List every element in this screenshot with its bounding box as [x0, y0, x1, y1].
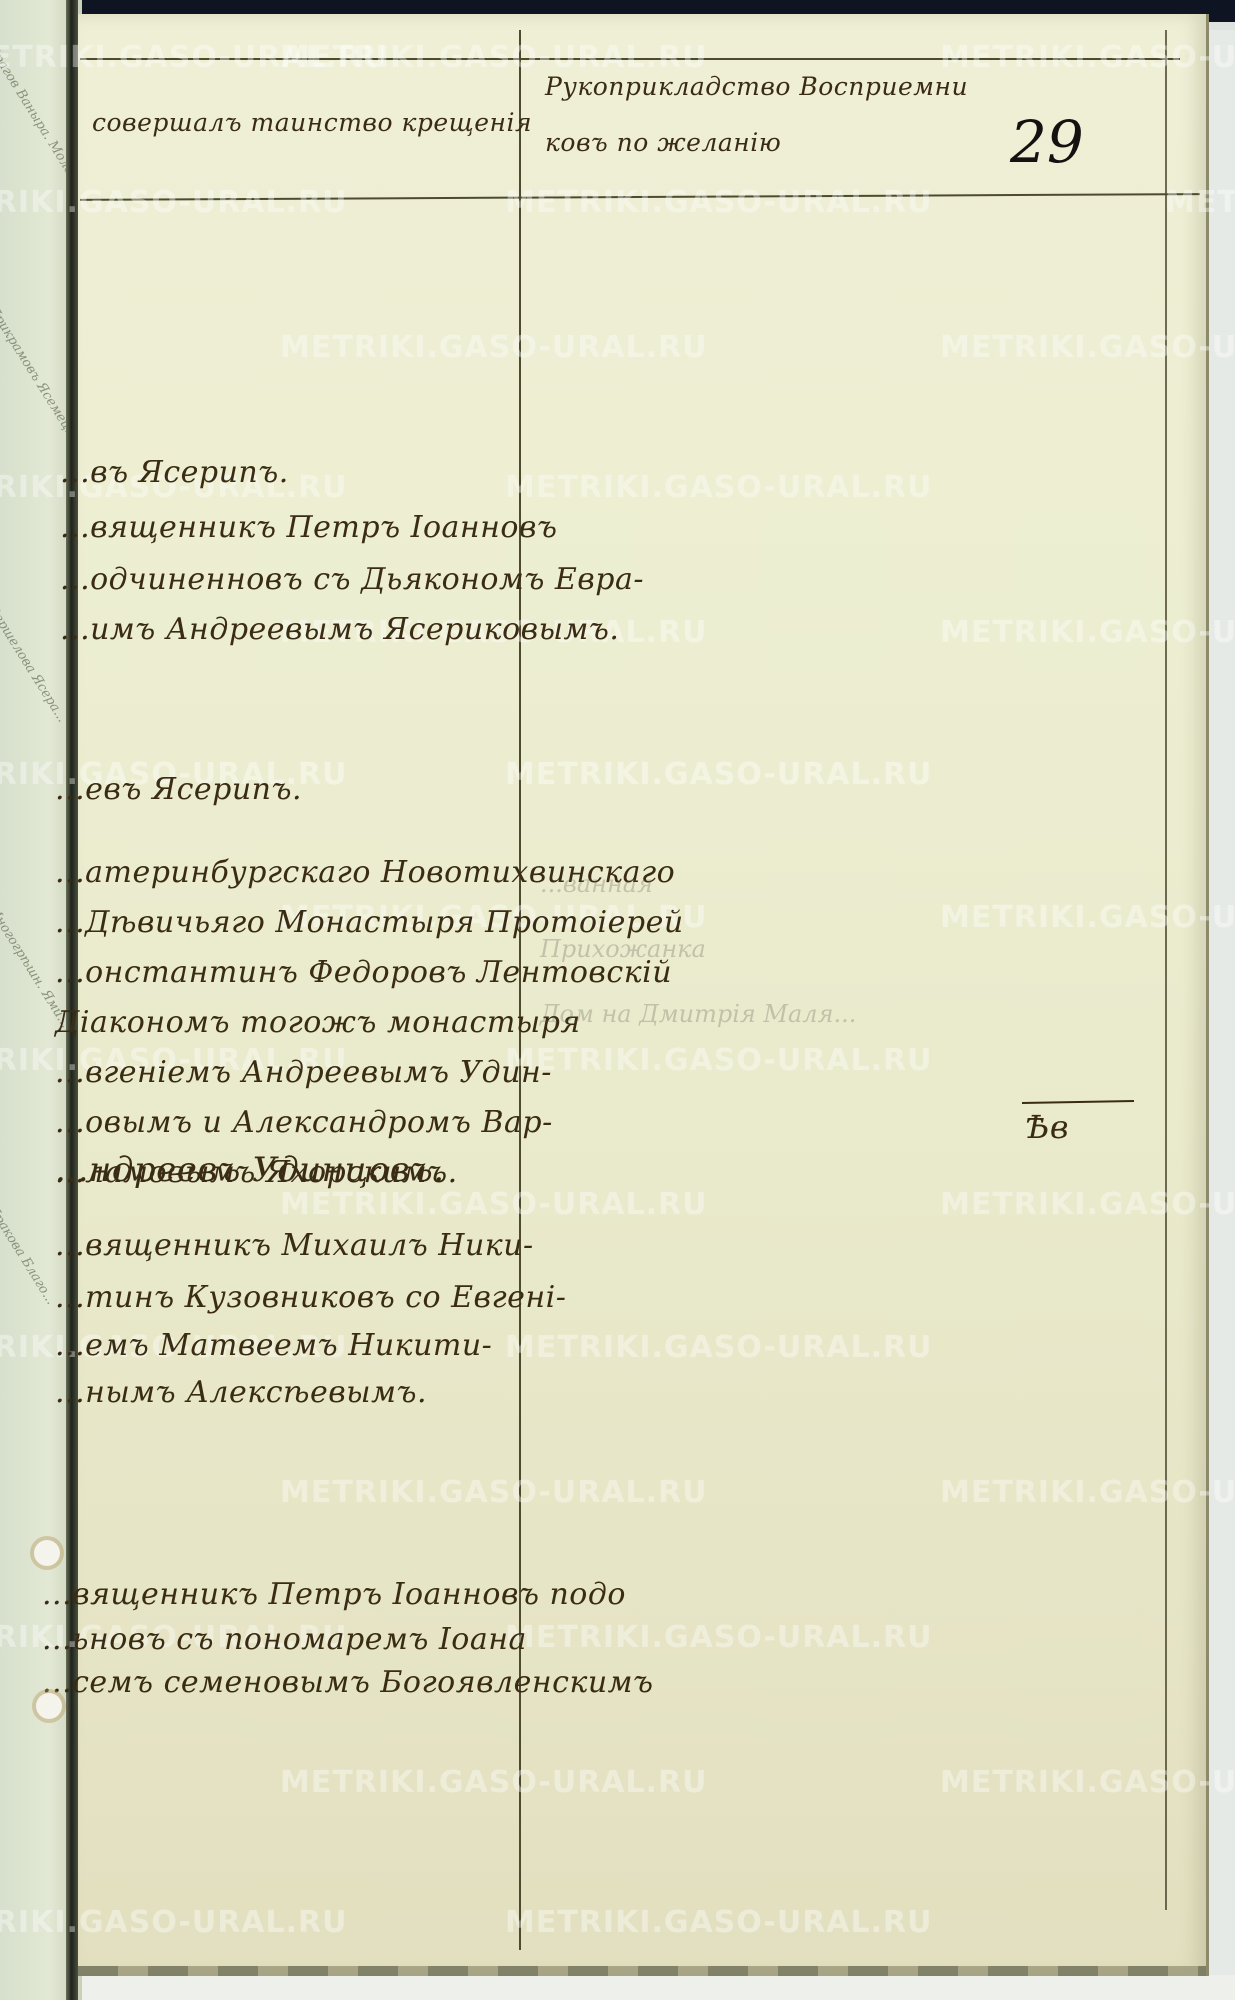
watermark: METRIKI.GASO-URAL.RU — [280, 1765, 708, 1800]
entry-line: ...одчиненновъ съ Дьякономъ Евра- — [60, 562, 644, 597]
entry-line: ...семъ семеновымъ Богоявленскимъ — [42, 1665, 654, 1700]
bleed-through-text: ...ванная — [540, 870, 653, 898]
entry-line: ...ьновъ съ пономаремъ Іоана — [42, 1622, 527, 1657]
scanner-background-bottom — [0, 1975, 1235, 2000]
book-spine — [66, 0, 78, 2000]
entry-line: ...овымъ и Александромъ Вар- — [55, 1105, 553, 1140]
watermark: METRIKI.GASO-URAL.RU — [280, 1187, 708, 1222]
entry-line: ...вященникъ Михаилъ Ники- — [55, 1228, 534, 1263]
header-column-right-line1: Рукоприкладство Восприемни — [545, 72, 968, 101]
binding-punch-hole — [34, 1540, 60, 1566]
watermark: METRIKI.GASO-URAL.RU — [940, 1475, 1235, 1510]
header-column-left: совершалъ таинство крещенія — [92, 108, 532, 137]
previous-page-text: Вершелова Ясера... — [0, 600, 42, 678]
entry-line: ...нымъ Алексѣевымъ. — [55, 1375, 427, 1410]
watermark: METRIKI.GASO-URAL.RU — [505, 1043, 933, 1078]
watermark: METRIKI.GASO-URAL.RU — [280, 330, 708, 365]
watermark: METRIKI.GASO-URAL.RU — [0, 185, 348, 220]
column-divider-middle — [519, 30, 521, 1950]
bleed-through-text: Прихожанка — [540, 935, 706, 963]
watermark: METRIKI.GASO-URAL.RU — [940, 1765, 1235, 1800]
entry-line: ...тинъ Кузовниковъ со Евгені- — [55, 1280, 566, 1315]
entry-signature: ...ндреевъ Удинцовъ. — [55, 1150, 445, 1190]
watermark: METRIKI.GASO-URAL.RU — [505, 185, 933, 220]
column-divider-right — [1165, 30, 1167, 1910]
previous-page-text: Дракова Благо... — [0, 1200, 42, 1278]
watermark: METRIKI.GASO-URAL.RU — [940, 1187, 1235, 1222]
bleed-through-text: Дом на Дмитрiя Маля... — [540, 1000, 856, 1028]
margin-mark: Ѣв — [1025, 1108, 1069, 1146]
watermark: METRIKI.GASO-URAL.RU — [1165, 185, 1235, 220]
watermark: METRIKI.GASO-URAL.RU — [940, 900, 1235, 935]
watermark: METRIKI.GASO-URAL.RU — [940, 40, 1235, 75]
binding-punch-hole — [36, 1693, 62, 1719]
watermark: METRIKI.GASO-URAL.RU — [0, 1905, 348, 1940]
watermark: METRIKI.GASO-URAL.RU — [505, 757, 933, 792]
entry-line: ...вященникъ Петръ Іоанновъ — [60, 510, 557, 545]
header-column-right-line2: ковъ по желанію — [545, 128, 781, 157]
watermark: METRIKI.GASO-URAL.RU — [280, 1475, 708, 1510]
entry-line: ...въ Ясерипъ. — [60, 455, 289, 490]
watermark: METRIKI.GASO-URAL.RU — [280, 40, 708, 75]
watermark: METRIKI.GASO-URAL.RU — [940, 330, 1235, 365]
entry-line: ...вгеніемъ Андреевымъ Удин- — [55, 1055, 552, 1090]
watermark: METRIKI.GASO-URAL.RU — [505, 1905, 933, 1940]
watermark: METRIKI.GASO-URAL.RU — [505, 1620, 933, 1655]
previous-page-text: Прикрамовъ Ясемецкий — [0, 300, 42, 378]
watermark: METRIKI.GASO-URAL.RU — [505, 1330, 933, 1365]
watermark: METRIKI.GASO-URAL.RU — [505, 470, 933, 505]
entry-line: ...имъ Андреевымъ Ясериковымъ. — [60, 612, 619, 647]
page-bottom-edge — [78, 1966, 1206, 1976]
previous-page-text: Многогрѣшн. Ями... — [0, 900, 42, 978]
watermark: METRIKI.GASO-URAL.RU — [940, 615, 1235, 650]
entry-line: ...емъ Матвеемъ Никити- — [55, 1328, 492, 1363]
entry-line: ...вященникъ Петръ Іоанновъ подо — [42, 1577, 626, 1612]
page-number: 29 — [1010, 108, 1084, 176]
entry-line: Діакономъ тогожъ монастыря — [55, 1005, 581, 1040]
entry-line: ...евъ Ясерипъ. — [55, 772, 302, 807]
